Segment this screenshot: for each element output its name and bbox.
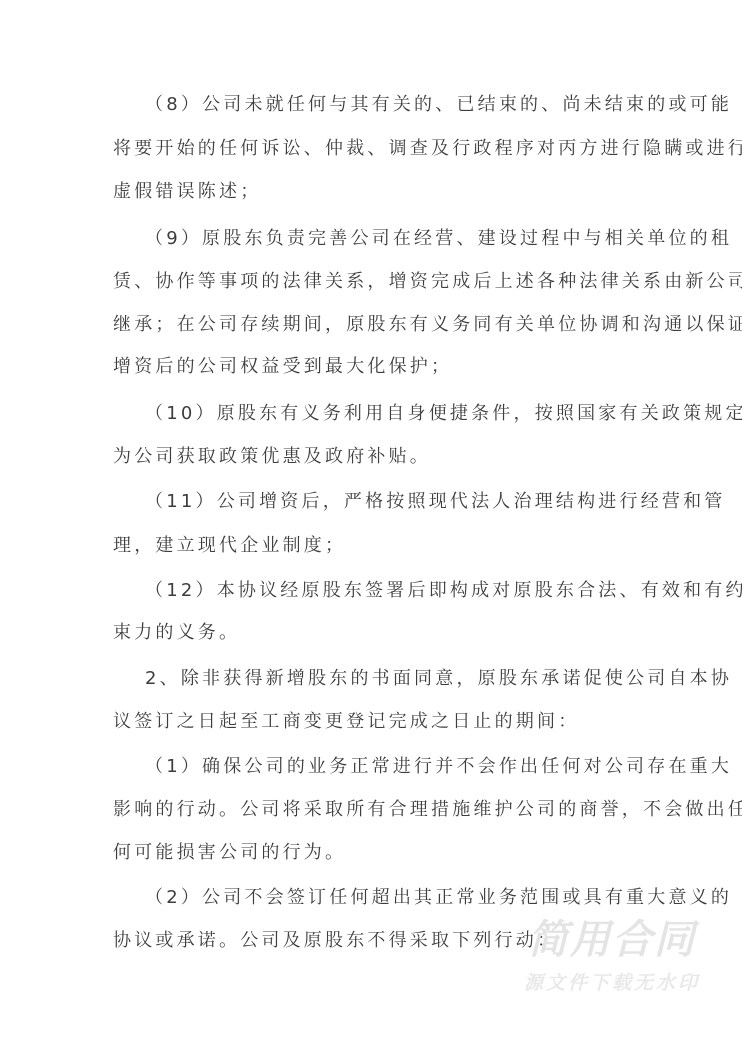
section-2-line-1: 2、除非获得新增股东的书面同意，原股东承诺促使公司自本协 xyxy=(145,668,732,690)
sub-clause-2-line-2: 协议或承诺。公司及原股东不得采取下列行动： xyxy=(113,930,558,952)
clause-9-line-4: 增资后的公司权益受到最大化保护； xyxy=(113,356,452,378)
sub-clause-1-line-3: 何可能损害公司的行为。 xyxy=(113,842,346,864)
clause-9-line-1: （9）原股东负责完善公司在经营、建设过程中与相关单位的租 xyxy=(145,228,732,250)
clause-9-line-2: 赁、协作等事项的法律关系，增资完成后上述各种法律关系由新公司 xyxy=(113,271,742,293)
clause-12-line-2: 束力的义务。 xyxy=(113,622,240,644)
clause-10-line-1: （10）原股东有义务利用自身便捷条件，按照国家有关政策规定 xyxy=(145,403,742,425)
document-page: （8）公司未就任何与其有关的、已结束的、尚未结束的或可能 将要开始的任何诉讼、仲… xyxy=(0,0,742,1049)
watermark-subtitle: 源文件下载无水印 xyxy=(512,972,712,994)
sub-clause-1-line-1: （1）确保公司的业务正常进行并不会作出任何对公司存在重大 xyxy=(145,756,732,778)
clause-11-line-2: 理，建立现代企业制度； xyxy=(113,535,346,557)
clause-8-line-3: 虚假错误陈述； xyxy=(113,181,261,203)
clause-8-line-2: 将要开始的任何诉讼、仲裁、调查及行政程序对丙方进行隐瞒或进行 xyxy=(113,138,742,160)
clause-11-line-1: （11）公司增资后，严格按照现代法人治理结构进行经营和管 xyxy=(145,491,726,513)
watermark: 简用合同 源文件下载无水印 xyxy=(512,918,712,994)
clause-12-line-1: （12）本协议经原股东签署后即构成对原股东合法、有效和有约 xyxy=(145,580,742,602)
clause-9-line-3: 继承；在公司存续期间，原股东有义务同有关单位协调和沟通以保证 xyxy=(113,314,742,336)
clause-10-line-2: 为公司获取政策优惠及政府补贴。 xyxy=(113,446,431,468)
sub-clause-1-line-2: 影响的行动。公司将采取所有合理措施维护公司的商誉，不会做出任 xyxy=(113,799,742,821)
watermark-title: 简用合同 xyxy=(512,918,712,962)
section-2-line-2: 议签订之日起至工商变更登记完成之日止的期间： xyxy=(113,711,579,733)
sub-clause-2-line-1: （2）公司不会签订任何超出其正常业务范围或具有重大意义的 xyxy=(145,887,732,909)
clause-8-line-1: （8）公司未就任何与其有关的、已结束的、尚未结束的或可能 xyxy=(145,94,732,116)
